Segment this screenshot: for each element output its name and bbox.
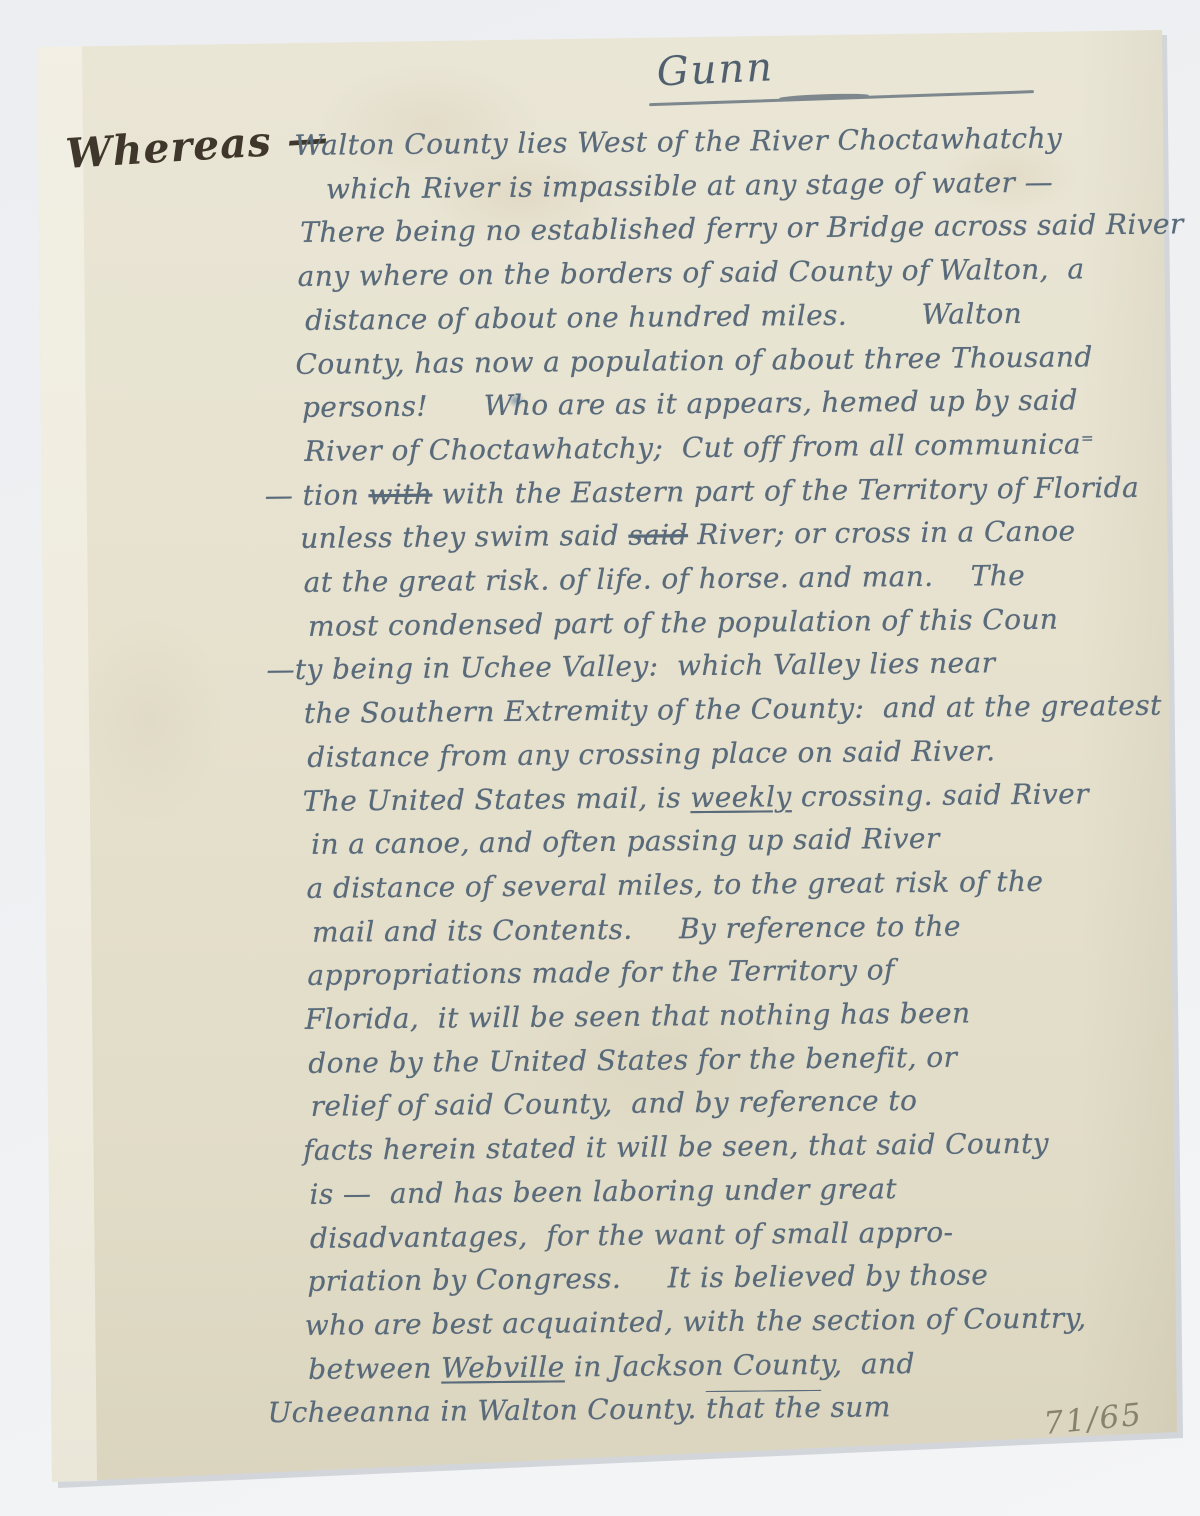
manuscript-line: the Southern Extremity of the County: an… [304, 689, 1162, 730]
manuscript-line: Walton County lies West of the River Cho… [294, 122, 1062, 162]
manuscript-line: relief of said County, and by reference … [311, 1084, 918, 1123]
manuscript-line: between Webville in Jackson County, and [308, 1347, 915, 1386]
scanned-document: Gunn Whereas — Walton County lies West o… [0, 0, 1200, 1516]
manuscript-line: Florida, it will be seen that nothing ha… [305, 996, 971, 1035]
manuscript-line: There being no established ferry or Brid… [300, 208, 1184, 249]
manuscript-line: most condensed part of the population of… [308, 602, 1058, 642]
manuscript-line: who are best acquainted, with the sectio… [305, 1301, 1087, 1342]
manuscript-line: in a canoe, and often passing up said Ri… [311, 822, 940, 861]
manuscript-line: The United States mail, is weekly crossi… [303, 777, 1089, 818]
manuscript-line: disadvantages, for the want of small app… [310, 1215, 954, 1254]
manuscript-line: is — and has been laboring under great [309, 1172, 897, 1211]
manuscript-line: a distance of several miles, to the grea… [306, 865, 1043, 905]
manuscript-line: River of Choctawhatchy; Cut off from all… [304, 427, 1094, 468]
manuscript-line: facts herein stated it will be seen, tha… [303, 1127, 1049, 1167]
manuscript-line: at the great risk. of life. of horse. an… [303, 559, 1025, 599]
manuscript-line: persons! Who are as it appears, hemed up… [302, 384, 1078, 424]
manuscript-line: — tion with with the Eastern part of the… [265, 470, 1140, 511]
manuscript-line: mail and its Contents. By reference to t… [312, 909, 961, 948]
manuscript-line: priation by Congress. It is believed by … [307, 1259, 988, 1299]
ink-smudge [507, 393, 525, 408]
manuscript-line: Ucheeanna in Walton County. that the sum [267, 1391, 890, 1430]
manuscript-line: County, has now a population of about th… [295, 340, 1092, 381]
manuscript-line: done by the United States for the benefi… [308, 1040, 957, 1079]
manuscript-line: appropriations made for the Territory of [307, 954, 895, 993]
docket-heading: Gunn [656, 44, 775, 95]
opening-word: Whereas — [64, 114, 330, 178]
manuscript-line: —ty being in Uchee Valley: which Valley … [266, 647, 995, 687]
manuscript-line: unless they swim said said River; or cro… [300, 515, 1076, 555]
manuscript-text: Gunn Whereas — Walton County lies West o… [0, 0, 1200, 1516]
manuscript-line: any where on the borders of said County … [298, 252, 1085, 293]
manuscript-body: Walton County lies West of the River Cho… [0, 0, 1198, 6]
manuscript-line: distance from any crossing place on said… [307, 734, 995, 774]
page-number: 71/65 [1042, 1397, 1144, 1442]
manuscript-line: distance of about one hundred miles. Wal… [305, 297, 1022, 337]
manuscript-line: which River is impassible at any stage o… [326, 165, 1053, 205]
